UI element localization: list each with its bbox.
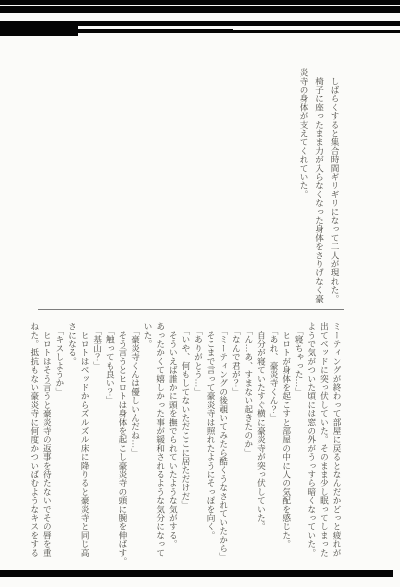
text-column: 「あれ、豪炎寺くん？」 bbox=[267, 322, 280, 568]
text-column: 「なんで君が？」 bbox=[230, 322, 243, 568]
text-column: 「豪炎寺くんは優しいんだね…」 bbox=[129, 322, 142, 568]
text-column: 「寝ちゃった…」 bbox=[293, 322, 306, 568]
scan-stripe bbox=[0, 26, 78, 36]
text-column: ねた。抵抗もない豪炎寺に何度かついばむようなキスをする bbox=[28, 322, 41, 568]
text-column: 「基山？」 bbox=[91, 322, 104, 568]
text-column: 自分が寝ていたすぐ横に豪炎寺が突っ伏していた。 bbox=[255, 322, 268, 568]
text-column: さになる。 bbox=[66, 322, 79, 568]
text-column: 「ありがとう…」 bbox=[192, 322, 205, 568]
opening-paragraph-block: しばらくすると集合時間ギリギリになって二人が現れた。 椅子に座ったまま力が入らな… bbox=[296, 68, 343, 304]
text-column: 「いや、何もしてないただここに居ただけだ」 bbox=[179, 322, 192, 568]
text-column: いた。 bbox=[142, 322, 155, 568]
scan-stripe bbox=[0, 6, 400, 13]
text-column: そう言うとヒロトは身体を起こし豪炎寺の頭に腕を伸ばす。 bbox=[116, 322, 129, 568]
text-column: 「ミーティングの後覗いてみたら酷くうなされていたから」 bbox=[217, 322, 230, 568]
text-column: ミーティングが終わって部屋に戻るとなんだかどっと疲れが bbox=[330, 322, 343, 568]
text-column: ヒロトが身体を起こすと部屋の中に人の気配を感じた。 bbox=[280, 322, 293, 568]
page-bottom-scan-edge bbox=[0, 570, 393, 577]
text-column: あったかくて嬉しかった事が緩和されるような気分になって bbox=[154, 322, 167, 568]
text-column: ヒロトはそう言うと豪炎寺の返事を待たないでその唇を重 bbox=[41, 322, 54, 568]
text-column: 「触っても良い？」 bbox=[104, 322, 117, 568]
text-column: 椅子に座ったまま力が入らなくなった身体をさりげなく豪 bbox=[311, 68, 327, 304]
main-text-block: ミーティングが終わって部屋に戻るとなんだかどっと疲れが出てベッドに突っ伏していた… bbox=[28, 322, 343, 568]
text-column: そういえば誰かに頭を撫でられていたような気がする。 bbox=[167, 322, 180, 568]
scanned-page: しばらくすると集合時間ギリギリになって二人が現れた。 椅子に座ったまま力が入らな… bbox=[0, 0, 400, 587]
text-column: ようで気がついた頃には窓の外がうっすら暗くなっていた。 bbox=[305, 322, 318, 568]
scan-stripe bbox=[78, 29, 233, 33]
text-column: そこまで言って豪炎寺は照れたようにそっぽを向く。 bbox=[204, 322, 217, 568]
section-divider bbox=[38, 309, 344, 310]
text-column: 炎寺の身体が支えてくれていた。 bbox=[296, 68, 312, 304]
scan-stripe bbox=[0, 0, 400, 5]
text-column: 出てベッドに突っ伏していた。そのまま少し眠ってしまった bbox=[318, 322, 331, 568]
text-column: しばらくすると集合時間ギリギリになって二人が現れた。 bbox=[327, 68, 343, 304]
text-column: 「キスしようか」 bbox=[53, 322, 66, 568]
text-column: ヒロトはベッドからズルズル床に降りると豪炎寺と同じ高 bbox=[79, 322, 92, 568]
text-column: 「ん…あ、すまない起きたのか」 bbox=[242, 322, 255, 568]
scan-stripe bbox=[233, 30, 400, 34]
